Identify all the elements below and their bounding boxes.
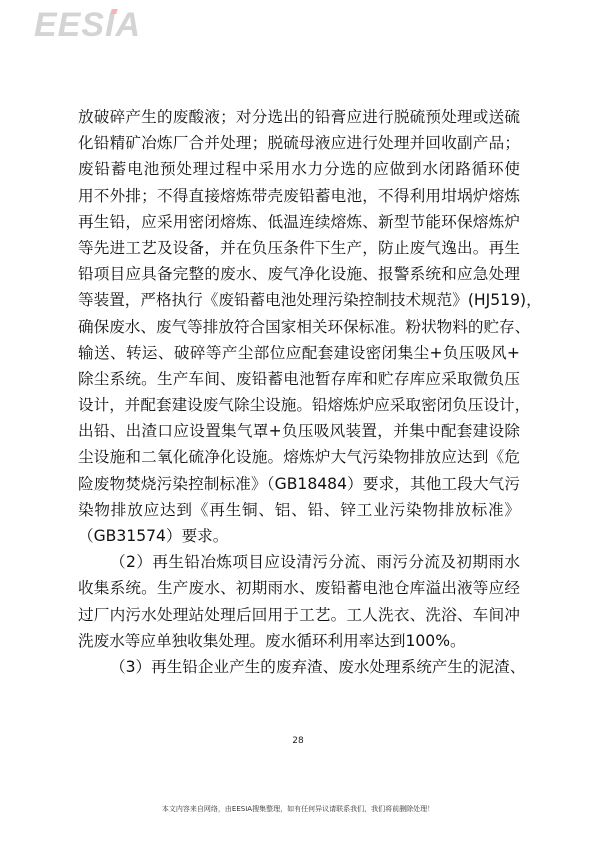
text-line: 出铅、出渣口应设置集气罩+负压吸风装置，并集中配套建设除 xyxy=(78,418,520,444)
text-line: 等先进工艺及设备，并在负压条件下生产，防止废气逸出。再生 xyxy=(78,235,520,261)
text-line: 等装置，严格执行《废铅蓄电池处理污染控制技术规范》(HJ519)， xyxy=(78,287,520,313)
text-line: 再生铅，应采用密闭熔炼、低温连续熔炼、新型节能环保熔炼炉 xyxy=(78,209,520,235)
text-line: 过厂内污水处理站处理后回用于工艺。工人洗衣、洗浴、车间冲 xyxy=(78,602,520,628)
logo-accent-mark: I xyxy=(105,6,115,44)
text-line: 输送、转运、破碎等产尘部位应配套建设密闭集尘+负压吸风+ xyxy=(78,340,520,366)
text-line: （GB31574）要求。 xyxy=(78,523,520,549)
text-line: 染物排放应达到《再生铜、铝、铅、锌工业污染物排放标准》 xyxy=(78,497,520,523)
text-line: 化铅精矿冶炼厂合并处理；脱硫母液应进行处理并回收副产品； xyxy=(78,130,520,156)
text-line: 铅项目应具备完整的废水、废气净化设施、报警系统和应急处理 xyxy=(78,261,520,287)
text-line: 废铅蓄电池预处理过程中采用水力分选的应做到水闭路循环使 xyxy=(78,156,520,182)
text-line: 用不外排；不得直接熔炼带壳废铅蓄电池，不得利用坩埚炉熔炼 xyxy=(78,183,520,209)
paragraph-start-line: （2）再生铅冶炼项目应设清污分流、雨污分流及初期雨水 xyxy=(78,549,520,575)
text-line: 尘设施和二氧化硫净化设施。熔炼炉大气污染物排放应达到《危 xyxy=(78,444,520,470)
text-line: 除尘系统。生产车间、废铅蓄电池暂存库和贮存库应采取微负压 xyxy=(78,366,520,392)
eesia-logo: EESIA xyxy=(34,6,141,45)
text-line: 洗废水等应单独收集处理。废水循环利用率达到100%。 xyxy=(78,628,520,654)
text-line: 放破碎产生的废酸液；对分选出的铅膏应进行脱硫预处理或送硫 xyxy=(78,104,520,130)
text-line: 收集系统。生产废水、初期雨水、废铅蓄电池仓库溢出液等应经 xyxy=(78,575,520,601)
footer-disclaimer: 本文内容来自网络，由EESIA搜集整理，如有任何异议请联系我们，我们将前删除处理… xyxy=(0,804,596,814)
text-line: 险废物焚烧污染控制标准》（GB18484）要求，其他工段大气污 xyxy=(78,471,520,497)
paragraph-start-line: （3）再生铅企业产生的废弃渣、废水处理系统产生的泥渣、 xyxy=(78,654,520,680)
text-line: 确保废水、废气等排放符合国家相关环保标准。粉状物料的贮存、 xyxy=(78,314,520,340)
text-line: 设计，并配套建设废气除尘设施。铅熔炼炉应采取密闭负压设计， xyxy=(78,392,520,418)
page-number: 28 xyxy=(0,736,596,746)
document-body: 放破碎产生的废酸液；对分选出的铅膏应进行脱硫预处理或送硫化铅精矿冶炼厂合并处理；… xyxy=(78,104,520,680)
